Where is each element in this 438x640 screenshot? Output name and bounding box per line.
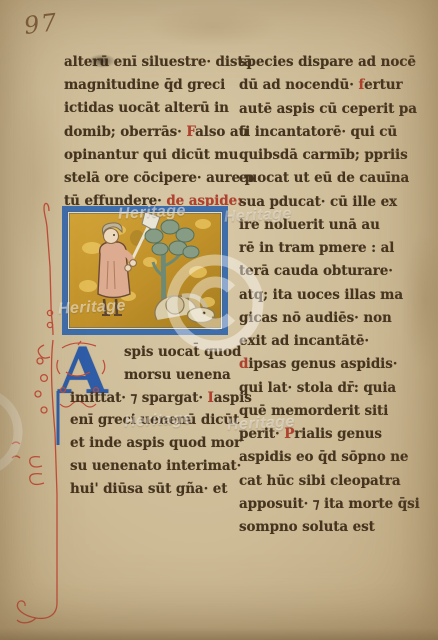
red-touched-letter: d xyxy=(239,356,248,372)
folio-number: 97 xyxy=(22,8,60,40)
text-line: hui' diūsa sūt gña· et xyxy=(70,478,240,501)
text-line: autē aspis cū ceperit pa xyxy=(239,98,417,121)
text-line: rē in tram pmere : al xyxy=(239,237,417,260)
right-column: species dispare ad nocē dū ad nocendū· f… xyxy=(239,51,417,539)
text-line: ti incantatorē· qui cū xyxy=(239,121,417,144)
text-segment: ipsas genus aspidis· xyxy=(248,356,397,372)
text-line: dū ad nocendū· fertur xyxy=(239,74,417,97)
text-line: enī greci uenenū dicūt xyxy=(70,409,240,432)
text-line: morsu uenena xyxy=(70,364,240,387)
text-line: qui lat· stola dr̄: quia xyxy=(239,377,417,400)
text-segment: perit· xyxy=(239,426,284,442)
text-line: sompno soluta est xyxy=(239,516,417,539)
text-segment: domib; oberrās· xyxy=(64,124,186,140)
text-line: imittat· ⁊ spargat· Iaspis xyxy=(70,387,240,410)
text-line: euocat ut eū de cauīna xyxy=(239,167,417,190)
miniature-illustration xyxy=(62,206,228,335)
text-line: magnitudine q̄d greci xyxy=(64,74,236,97)
miniature-scene xyxy=(62,206,228,335)
text-line: ire noluerit unā au xyxy=(239,214,417,237)
text-line: ictidas uocāt alterū in xyxy=(64,97,236,120)
text-line: exit ad incantātē· xyxy=(239,330,417,353)
text-segment: imittat· ⁊ spargat· xyxy=(70,390,208,406)
text-line: atq; ita uoces illas ma xyxy=(239,284,417,307)
manuscript-page: 97 alterū enī siluestre· distā magnitudi… xyxy=(0,0,438,640)
text-line: aspidis eo q̄d sōpno ne xyxy=(239,446,417,469)
text-line: quē memorderit siti xyxy=(239,400,417,423)
text-segment: rialis genus xyxy=(294,426,382,442)
red-touched-letter: F xyxy=(186,124,195,140)
text-segment: ertur xyxy=(364,77,402,93)
penwork-flourish xyxy=(0,195,72,635)
text-segment: dū ad nocendū· xyxy=(239,77,358,93)
text-line: alterū enī siluestre· distā xyxy=(64,51,236,74)
text-line: gicas nō audiēs· non xyxy=(239,307,417,330)
left-column-top: alterū enī siluestre· distā magnitudine … xyxy=(64,51,236,213)
text-line: terā cauda obturare· xyxy=(239,260,417,283)
left-column-bottom: spis uocat̄ quod morsu uenena imittat· ⁊… xyxy=(70,341,240,501)
text-line: quibsdā carmīb; ppriis xyxy=(239,144,417,167)
text-line: cat hūc sibi cleopatra xyxy=(239,470,417,493)
text-line: opinantur qui dicūt mu xyxy=(64,144,236,167)
text-line: spis uocat̄ quod xyxy=(70,341,240,364)
text-line: species dispare ad nocē xyxy=(239,51,417,74)
parchment-stain xyxy=(148,6,278,48)
text-line: perit· Prialis genus xyxy=(239,423,417,446)
text-line: su uenenato interimat· xyxy=(70,455,240,478)
text-line: stelā ore cōcipere· aure p xyxy=(64,167,236,190)
text-line: dipsas genus aspidis· xyxy=(239,353,417,376)
red-touched-letter: P xyxy=(284,426,294,442)
text-line: sua pducat· cū ille ex xyxy=(239,191,417,214)
text-line: apposuit· ⁊ ita morte q̄si xyxy=(239,493,417,516)
text-line: et inde aspis quod mor xyxy=(70,432,240,455)
text-line: domib; oberrās· Falso aū xyxy=(64,121,236,144)
